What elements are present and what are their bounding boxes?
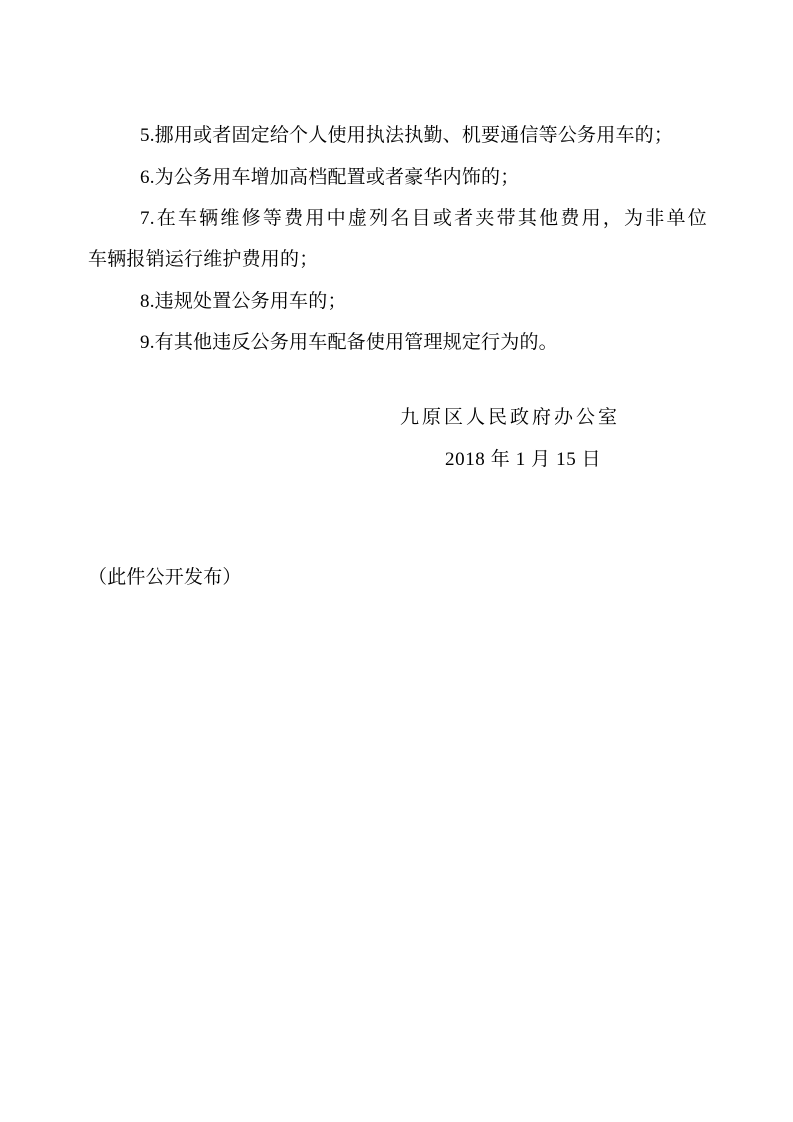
signature-office: 九原区人民政府办公室	[400, 406, 620, 430]
document-page: 5.挪用或者固定给个人使用执法执勤、机要通信等公务用车的； 6.为公务用车增加高…	[0, 0, 793, 1122]
list-item-6: 6.为公务用车增加高档配置或者豪华内饰的；	[140, 166, 519, 190]
list-item-7-line-1: 7.在车辆维修等费用中虚列名目或者夹带其他费用，为非单位	[88, 207, 707, 231]
list-item-8: 8.违规处置公务用车的；	[140, 290, 347, 314]
list-item-5: 5.挪用或者固定给个人使用执法执勤、机要通信等公务用车的；	[140, 124, 673, 148]
publish-note: （此件公开发布）	[88, 566, 242, 590]
list-item-7-line-2: 车辆报销运行维护费用的；	[88, 248, 318, 272]
list-item-9: 9.有其他违反公务用车配备使用管理规定行为的。	[140, 331, 558, 355]
signature-date: 2018 年 1 月 15 日	[445, 448, 601, 472]
